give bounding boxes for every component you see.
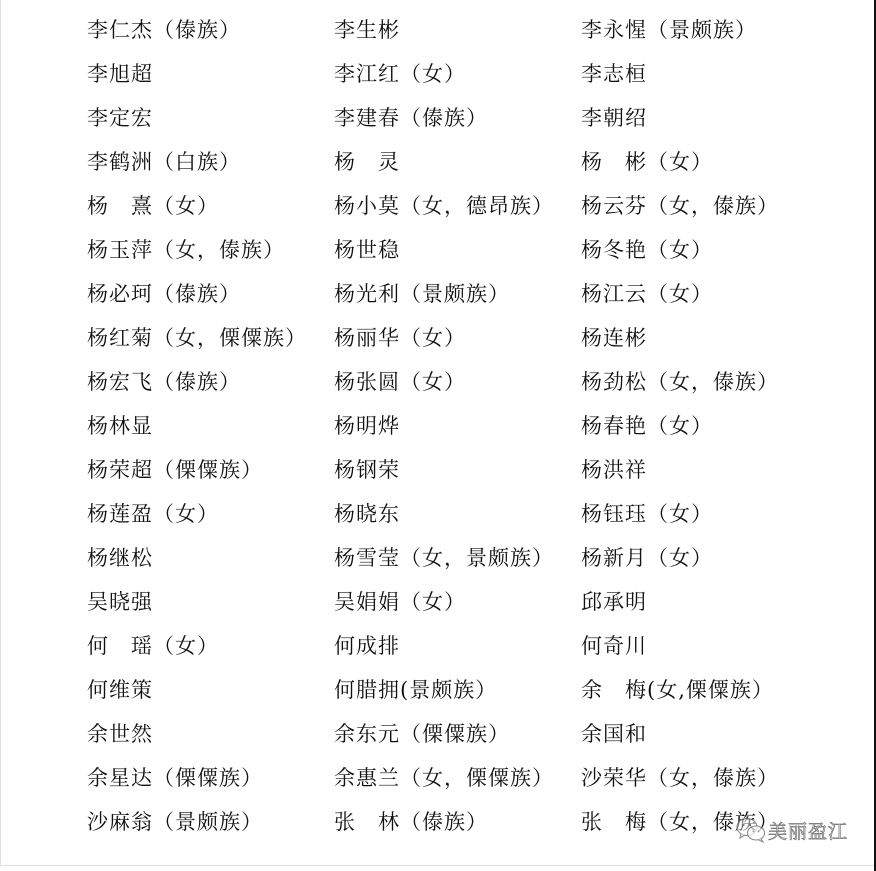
name-cell: 杨春艳（女）	[581, 408, 713, 452]
name-cell: 杨钢荣	[334, 452, 400, 496]
table-row: 杨莲盈（女） 杨晓东 杨钰珏（女）	[87, 496, 847, 540]
name-cell: 余国和	[581, 716, 647, 760]
name-cell: 杨小莫（女，德昂族）	[334, 188, 554, 232]
name-cell: 沙荣华（女，傣族）	[581, 760, 779, 804]
table-row: 沙麻翁（景颇族） 张 林（傣族） 张 梅（女，傣族）	[87, 804, 847, 848]
name-cell: 杨张圆（女）	[334, 364, 466, 408]
name-cell: 杨冬艳（女）	[581, 232, 713, 276]
name-cell: 何 瑶（女）	[87, 628, 219, 672]
name-cell: 何成排	[334, 628, 400, 672]
name-cell: 余 梅(女,傈僳族）	[581, 672, 774, 716]
name-cell: 杨丽华（女）	[334, 320, 466, 364]
table-row: 李仁杰（傣族） 李生彬 李永惺（景颇族）	[87, 12, 847, 56]
name-cell: 邱承明	[581, 584, 647, 628]
table-row: 何维策 何腊拥(景颇族） 余 梅(女,傈僳族）	[87, 672, 847, 716]
name-cell: 杨玉萍（女，傣族）	[87, 232, 285, 276]
table-row: 杨 熹（女） 杨小莫（女，德昂族） 杨云芬（女，傣族）	[87, 188, 847, 232]
table-row: 李旭超 李江红（女） 李志桓	[87, 56, 847, 100]
name-cell: 沙麻翁（景颇族）	[87, 804, 263, 848]
table-row: 杨红菊（女，傈僳族） 杨丽华（女） 杨连彬	[87, 320, 847, 364]
name-cell: 余东元（傈僳族）	[334, 716, 510, 760]
table-row: 杨荣超（傈僳族） 杨钢荣 杨洪祥	[87, 452, 847, 496]
name-cell: 杨宏飞（傣族）	[87, 364, 241, 408]
table-row: 李定宏 李建春（傣族） 李朝绍	[87, 100, 847, 144]
document-page: 李仁杰（傣族） 李生彬 李永惺（景颇族） 李旭超 李江红（女） 李志桓 李定宏 …	[0, 0, 874, 866]
table-row: 吴晓强 吴娟娟（女） 邱承明	[87, 584, 847, 628]
table-row: 杨玉萍（女，傣族） 杨世稳 杨冬艳（女）	[87, 232, 847, 276]
table-row: 杨林显 杨明烨 杨春艳（女）	[87, 408, 847, 452]
name-cell: 何维策	[87, 672, 153, 716]
name-cell: 杨劲松（女，傣族）	[581, 364, 779, 408]
name-cell: 何奇川	[581, 628, 647, 672]
name-cell: 杨连彬	[581, 320, 647, 364]
name-cell: 李志桓	[581, 56, 647, 100]
table-row: 李鹤洲（白族） 杨 灵 杨 彬（女）	[87, 144, 847, 188]
name-cell: 李朝绍	[581, 100, 647, 144]
watermark: 美丽盈江	[736, 810, 848, 850]
table-row: 余星达（傈僳族） 余惠兰（女，傈僳族） 沙荣华（女，傣族）	[87, 760, 847, 804]
table-row: 何 瑶（女） 何成排 何奇川	[87, 628, 847, 672]
name-cell: 杨洪祥	[581, 452, 647, 496]
name-cell: 杨雪莹（女，景颇族）	[334, 540, 554, 584]
name-cell: 余惠兰（女，傈僳族）	[334, 760, 554, 804]
name-cell: 杨明烨	[334, 408, 400, 452]
name-cell: 李生彬	[334, 12, 400, 56]
name-cell: 杨光利（景颇族）	[334, 276, 510, 320]
name-cell: 杨 熹（女）	[87, 188, 219, 232]
name-cell: 杨红菊（女，傈僳族）	[87, 320, 307, 364]
name-cell: 杨云芬（女，傣族）	[581, 188, 779, 232]
name-cell: 杨晓东	[334, 496, 400, 540]
name-cell: 杨新月（女）	[581, 540, 713, 584]
name-cell: 杨世稳	[334, 232, 400, 276]
table-row: 杨继松 杨雪莹（女，景颇族） 杨新月（女）	[87, 540, 847, 584]
wechat-icon	[736, 817, 766, 843]
table-row: 杨必珂（傣族） 杨光利（景颇族） 杨江云（女）	[87, 276, 847, 320]
name-cell: 杨江云（女）	[581, 276, 713, 320]
watermark-text: 美丽盈江	[768, 817, 848, 844]
name-cell: 杨荣超（傈僳族）	[87, 452, 263, 496]
name-cell: 张 林（傣族）	[334, 804, 488, 848]
name-cell: 杨继松	[87, 540, 153, 584]
name-cell: 吴娟娟（女）	[334, 584, 466, 628]
name-cell: 李定宏	[87, 100, 153, 144]
name-cell: 李永惺（景颇族）	[581, 12, 757, 56]
name-cell: 李旭超	[87, 56, 153, 100]
name-cell: 余星达（傈僳族）	[87, 760, 263, 804]
name-cell: 杨莲盈（女）	[87, 496, 219, 540]
table-row: 余世然 余东元（傈僳族） 余国和	[87, 716, 847, 760]
name-cell: 杨林显	[87, 408, 153, 452]
name-cell: 李仁杰（傣族）	[87, 12, 241, 56]
name-cell: 杨必珂（傣族）	[87, 276, 241, 320]
name-cell: 杨 灵	[334, 144, 400, 188]
table-row: 杨宏飞（傣族） 杨张圆（女） 杨劲松（女，傣族）	[87, 364, 847, 408]
name-cell: 李建春（傣族）	[334, 100, 488, 144]
name-cell: 何腊拥(景颇族）	[334, 672, 497, 716]
name-cell: 李鹤洲（白族）	[87, 144, 241, 188]
name-cell: 杨 彬（女）	[581, 144, 713, 188]
name-cell: 余世然	[87, 716, 153, 760]
name-cell: 吴晓强	[87, 584, 153, 628]
name-cell: 李江红（女）	[334, 56, 466, 100]
name-cell: 杨钰珏（女）	[581, 496, 713, 540]
name-list-grid: 李仁杰（傣族） 李生彬 李永惺（景颇族） 李旭超 李江红（女） 李志桓 李定宏 …	[87, 12, 847, 848]
